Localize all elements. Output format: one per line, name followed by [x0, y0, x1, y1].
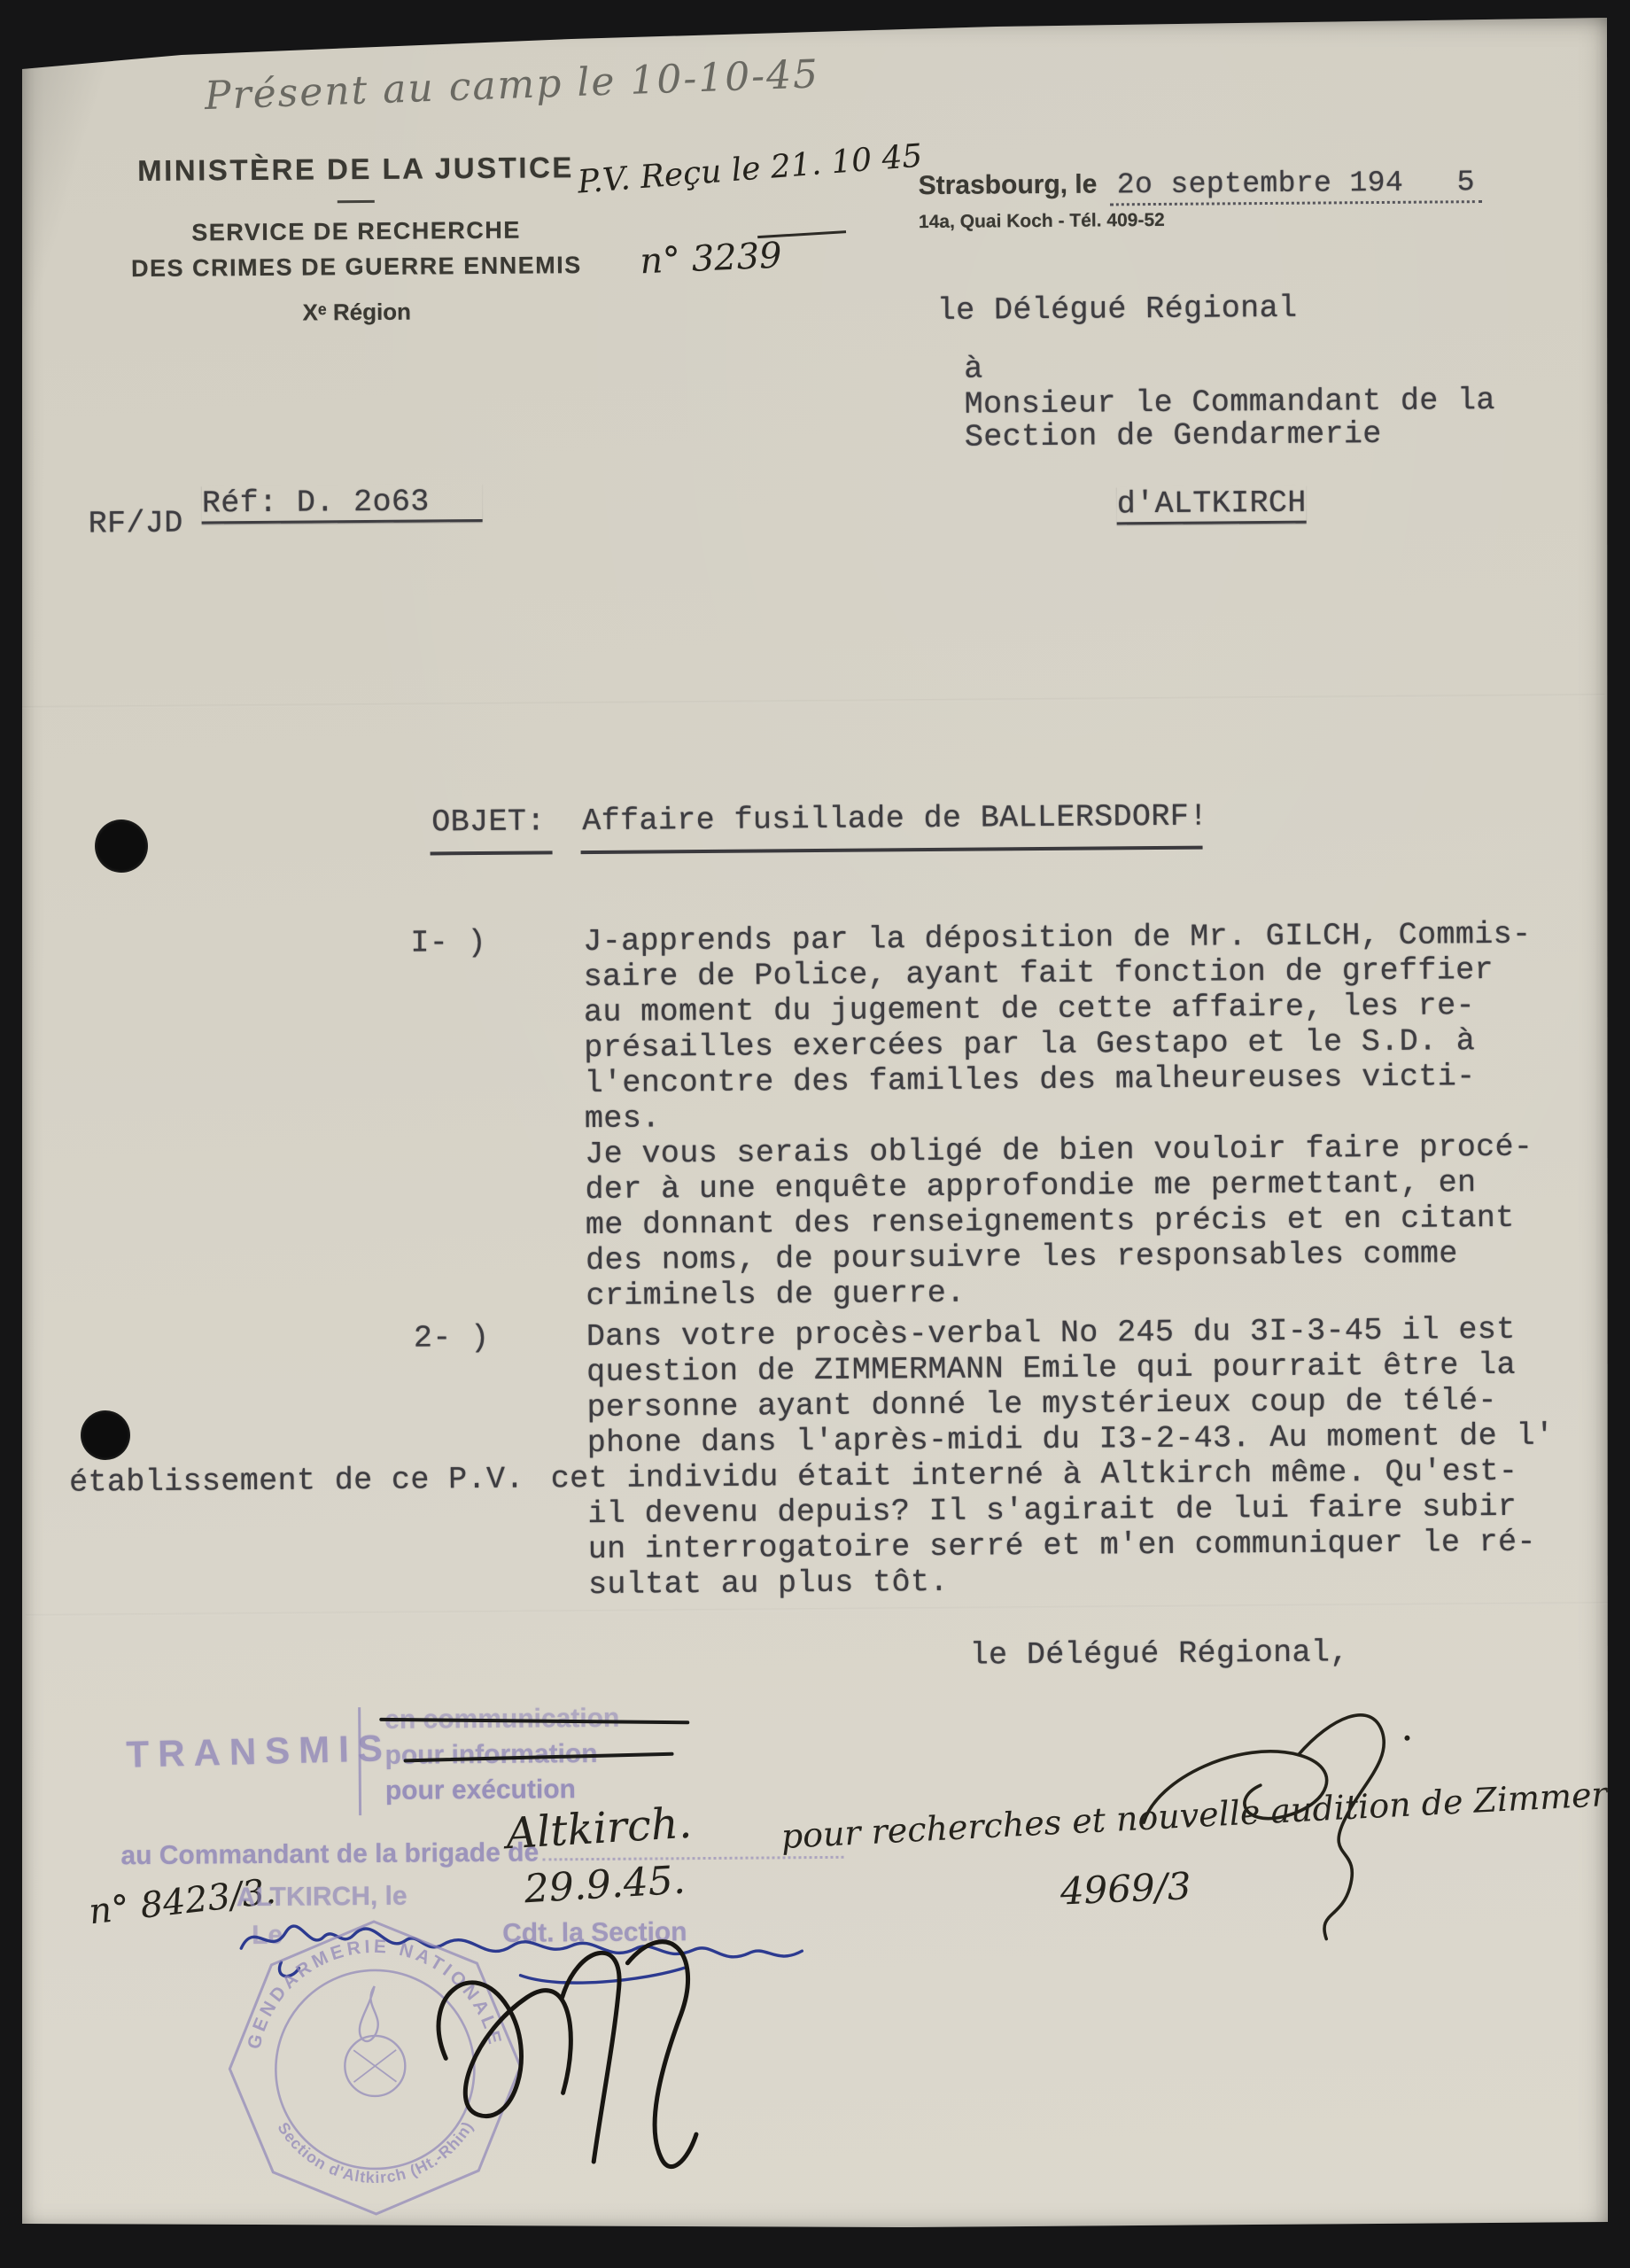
recipient-salutation: à: [964, 347, 1495, 387]
reference-number: Réf: D. 2o63: [202, 484, 483, 524]
brigade-dest-dotted-rule: [543, 1856, 844, 1861]
pencil-annotation: Présent au camp le 10-10-45: [204, 51, 820, 119]
subject-label: OBJET:: [431, 804, 546, 840]
closing-title: le Délégué Régional,: [970, 1635, 1349, 1673]
sender-title: le Délégué Régional: [937, 291, 1298, 329]
recipient-line1: Monsieur le Commandant de la: [964, 383, 1495, 420]
pv-received-annotation: P.V. Reçu le 21. 10 45: [577, 138, 924, 201]
transmis-option-execution: pour exécution: [385, 1772, 620, 1809]
punch-hole-top: [95, 819, 148, 873]
brigade-dest-label: au Commandant de la brigade de: [120, 1838, 539, 1871]
page-content: Présent au camp le 10-10-45 MINISTÈRE DE…: [13, 12, 1617, 2234]
paragraph2: Dans votre procès-verbal No 245 du 3I-3-…: [586, 1312, 1555, 1462]
letterhead-service-line1: SERVICE DE RECHERCHE: [68, 212, 644, 252]
letterhead-ministry: MINISTÈRE DE LA JUSTICE: [67, 151, 643, 189]
paragraph2-line: un interrogatoire serré et m'en communiq…: [588, 1525, 1536, 1567]
letterhead-service-line2: DES CRIMES DE GUERRE ENNEMIS: [68, 247, 644, 287]
recipient-block: à Monsieur le Commandant de la Section d…: [964, 347, 1496, 559]
paragraph2-margin-prefix: établissement de ce P.V.: [69, 1462, 524, 1501]
fold-crease-lower: [26, 1602, 1611, 1617]
seal-grenade-flame: [360, 1986, 378, 2041]
punch-hole-bottom: [81, 1410, 130, 1460]
scan-background: { "annotations": { "pencil_note": "Prése…: [0, 0, 1630, 2268]
paragraph1-line: l'encontre des familles des malheureuses…: [584, 1059, 1532, 1101]
paragraph2-marker: 2- ): [414, 1320, 490, 1356]
paragraph1-marker: I- ): [410, 925, 486, 961]
recipient-line2: Section de Gendarmerie: [965, 416, 1496, 453]
paragraph1-line: des noms, de poursuivre les responsables…: [586, 1236, 1533, 1278]
letterhead-region: Xᵉ Région: [69, 297, 645, 329]
letterhead: MINISTÈRE DE LA JUSTICE SERVICE DE RECHE…: [67, 151, 645, 329]
subject-text: Affaire fusillade de BALLERSDORF!: [582, 799, 1208, 840]
dateline-place: Strasbourg, le: [919, 170, 1098, 201]
paragraph1-line: criminels de guerre.: [586, 1271, 1533, 1314]
transmis-stamp-title: TRANSMIS: [126, 1727, 392, 1776]
document-page: Présent au camp le 10-10-45 MINISTÈRE DE…: [22, 18, 1608, 2228]
paragraph2-continued: il devenu depuis? Il s'agirait de lui fa…: [587, 1489, 1536, 1603]
section-commander-signature: [392, 1923, 766, 2218]
pv-number-annotation: n° 3239: [639, 236, 782, 283]
dateline-typed-date: 2o septembre 194 5: [1110, 166, 1482, 206]
file-number-annotation: 4969/3: [1059, 1864, 1192, 1913]
paragraph2-line: sultat au plus tôt.: [588, 1560, 1536, 1603]
fold-crease-upper: [19, 694, 1604, 709]
transmis-stamp-divider: [358, 1707, 361, 1815]
subject-text-underline: [581, 846, 1203, 855]
dateline-address: 14a, Quai Koch - Tél. 409-52: [919, 207, 1482, 233]
brigade-dest-line: au Commandant de la brigade de: [120, 1836, 843, 1871]
paragraph1: J-apprends par la déposition de Mr. GILC…: [583, 917, 1534, 1314]
subject-label-underline: [431, 850, 553, 855]
reference-block: Réf: D. 2o63: [88, 448, 483, 560]
recipient-line3: d'ALTKIRCH: [965, 450, 1307, 559]
dateline: Strasbourg, le 2o septembre 194 5 14a, Q…: [919, 165, 1483, 233]
reference-initials: RF/JD: [88, 506, 182, 542]
seal-grenade-detail: [353, 2050, 396, 2082]
letterhead-divider: [338, 200, 375, 203]
